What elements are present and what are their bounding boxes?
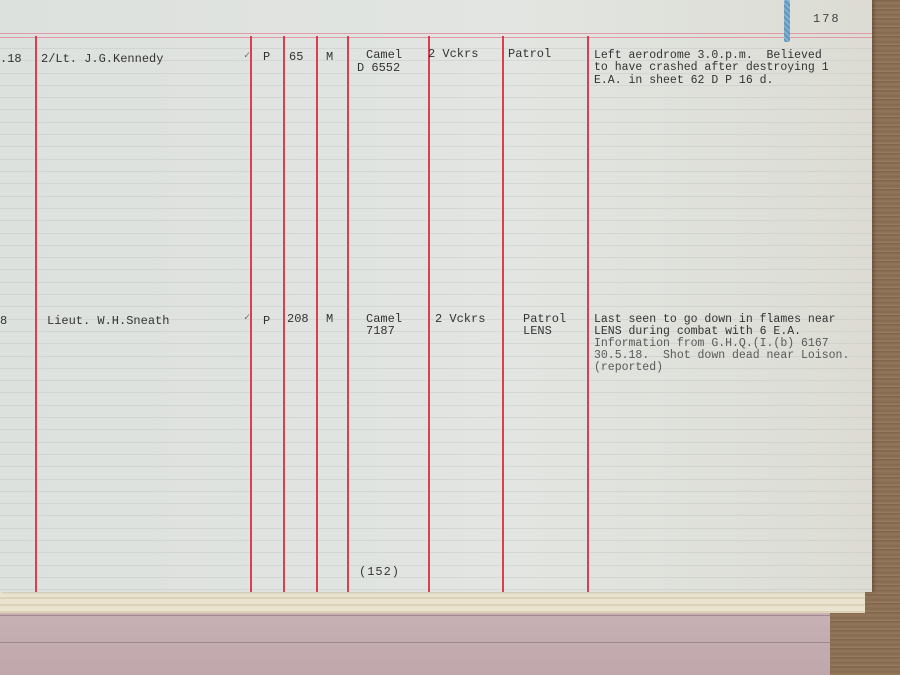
entry-status: M — [326, 51, 333, 64]
ledger-rule — [0, 552, 872, 553]
column-divider — [283, 36, 285, 592]
ledger-rule — [0, 503, 872, 504]
check-mark: ✓ — [244, 312, 250, 324]
ledger-rule — [0, 208, 872, 209]
ledger-rule — [0, 122, 872, 123]
ledger-rule — [0, 146, 872, 147]
entry-role: P — [263, 315, 270, 328]
ledger-rule — [0, 380, 872, 381]
column-divider — [250, 36, 252, 592]
ledger-rule — [0, 540, 872, 541]
ledger-rule — [0, 577, 872, 578]
ledger-rule — [0, 134, 872, 135]
ledger-rule — [0, 109, 872, 110]
column-divider — [502, 36, 504, 592]
ledger-rule — [0, 171, 872, 172]
ledger-rule — [0, 183, 872, 184]
ledger-rule — [0, 429, 872, 430]
ledger-rule — [0, 479, 872, 480]
ledger-rule — [0, 306, 872, 307]
ledger-rule — [0, 282, 872, 283]
column-divider — [428, 36, 430, 592]
ledger-rule — [0, 491, 872, 492]
entry-remarks-line: E.A. in sheet 62 D P 16 d. — [594, 75, 773, 88]
check-mark: ✓ — [244, 50, 250, 62]
ledger-rule — [0, 392, 872, 393]
ledger-rule — [0, 528, 872, 529]
entry-duty: Patrol — [508, 48, 551, 61]
ledger-rule — [0, 454, 872, 455]
ledger-rule — [0, 515, 872, 516]
entry-remarks-line: to have crashed after destroying 1 — [594, 62, 829, 75]
entry-squadron: 208 — [287, 313, 309, 326]
ledger-rule — [0, 257, 872, 258]
ledger-rule — [0, 442, 872, 443]
entry-date: 8 — [0, 315, 7, 328]
entry-date: .18 — [0, 53, 22, 66]
ledger-rule — [0, 196, 872, 197]
entry-status: M — [326, 313, 333, 326]
ledger-rule — [0, 220, 872, 221]
column-divider — [587, 36, 589, 592]
column-divider — [35, 36, 37, 592]
ledger-page: 178 ✓ ✓ .18 2/Lt. J.G.Kennedy P 65 M Cam… — [0, 0, 872, 592]
ledger-rule — [0, 269, 872, 270]
ledger-rule — [0, 405, 872, 406]
entry-serial: 7187 — [366, 325, 395, 338]
page-number: 178 — [813, 12, 841, 26]
ledger-rule — [0, 466, 872, 467]
column-divider — [347, 36, 349, 592]
ledger-rule — [0, 97, 872, 98]
entry-armament: 2 Vckrs — [435, 313, 485, 326]
entry-armament: 2 Vckrs — [428, 48, 478, 61]
entry-duty-location: LENS — [523, 325, 552, 338]
header-rule — [0, 33, 872, 38]
ledger-rule — [0, 294, 872, 295]
ledger-rule — [0, 245, 872, 246]
ledger-rule — [0, 368, 872, 369]
binding-string — [784, 0, 790, 42]
entry-serial: D 6552 — [357, 62, 400, 75]
ledger-rule — [0, 589, 872, 590]
ledger-rule — [0, 233, 872, 234]
entry-remarks-line: (reported) — [594, 362, 663, 375]
entry-squadron: 65 — [289, 51, 303, 64]
entry-name: 2/Lt. J.G.Kennedy — [41, 53, 163, 66]
column-divider — [316, 36, 318, 592]
ledger-rule — [0, 159, 872, 160]
footer-reference: (152) — [359, 565, 400, 579]
ledger-rule — [0, 565, 872, 566]
entry-role: P — [263, 51, 270, 64]
ledger-rule — [0, 417, 872, 418]
entry-name: Lieut. W.H.Sneath — [47, 315, 169, 328]
